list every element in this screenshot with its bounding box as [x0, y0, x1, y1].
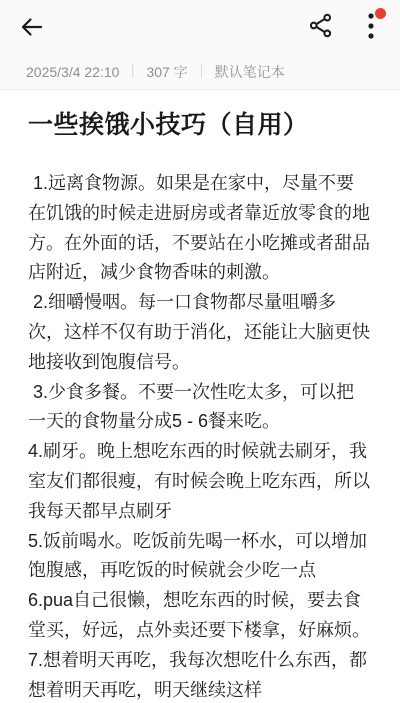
note-paragraph[interactable]: 3.少食多餐。不要一次性吃太多，可以把一天的食物量分成5 - 6餐来吃。 [28, 378, 372, 438]
note-paragraph[interactable]: 1.远离食物源。如果是在家中，尽量不要在饥饿的时候走进厨房或者靠近放零食的地方。… [28, 169, 372, 288]
share-button[interactable] [304, 11, 336, 43]
share-icon [307, 12, 334, 42]
back-arrow-icon [17, 13, 45, 44]
metadata-separator: ｜ [195, 64, 208, 79]
note-paragraph[interactable]: 5.饭前喝水。吃饭前先喝一杯水，可以增加饱腹感，再吃饭的时候就会少吃一点 [28, 527, 372, 587]
note-word-count: 307 字 [146, 64, 187, 80]
note-title[interactable]: 一些挨饿小技巧（自用） [28, 108, 372, 142]
note-body-text[interactable]: 1.远离食物源。如果是在家中，尽量不要在饥饿的时候走进厨房或者靠近放零食的地方。… [28, 169, 372, 703]
top-toolbar [0, 0, 400, 56]
metadata-separator: ｜ [126, 64, 139, 79]
note-header: 2025/3/4 22:10｜307 字｜默认笔记本 [0, 0, 400, 90]
notes-app: 2025/3/4 22:10｜307 字｜默认笔记本 一些挨饿小技巧（自用） 1… [0, 0, 400, 703]
note-paragraph[interactable]: 4.刷牙。晚上想吃东西的时候就去刷牙，我室友们都很瘦，有时候会晚上吃东西，所以我… [28, 437, 372, 526]
note-paragraph[interactable]: 6.pua自己很懒，想吃东西的时候，要去食堂买，好远，点外卖还要下楼拿，好麻烦。 [28, 586, 372, 646]
note-content: 一些挨饿小技巧（自用） 1.远离食物源。如果是在家中，尽量不要在饥饿的时候走进厨… [0, 108, 400, 703]
note-paragraph[interactable]: 2.细嚼慢咽。每一口食物都尽量咀嚼多次，这样不仅有助于消化，还能让大脑更快地接收… [28, 288, 372, 377]
back-button[interactable] [14, 11, 48, 45]
notification-badge-dot [375, 8, 386, 19]
note-datetime: 2025/3/4 22:10 [26, 64, 119, 80]
note-metadata: 2025/3/4 22:10｜307 字｜默认笔记本 [0, 62, 400, 82]
note-paragraph[interactable]: 7.想着明天再吃，我每次想吃什么东西，都想着明天再吃，明天继续这样 [28, 646, 372, 703]
notebook-name: 默认笔记本 [215, 64, 285, 80]
